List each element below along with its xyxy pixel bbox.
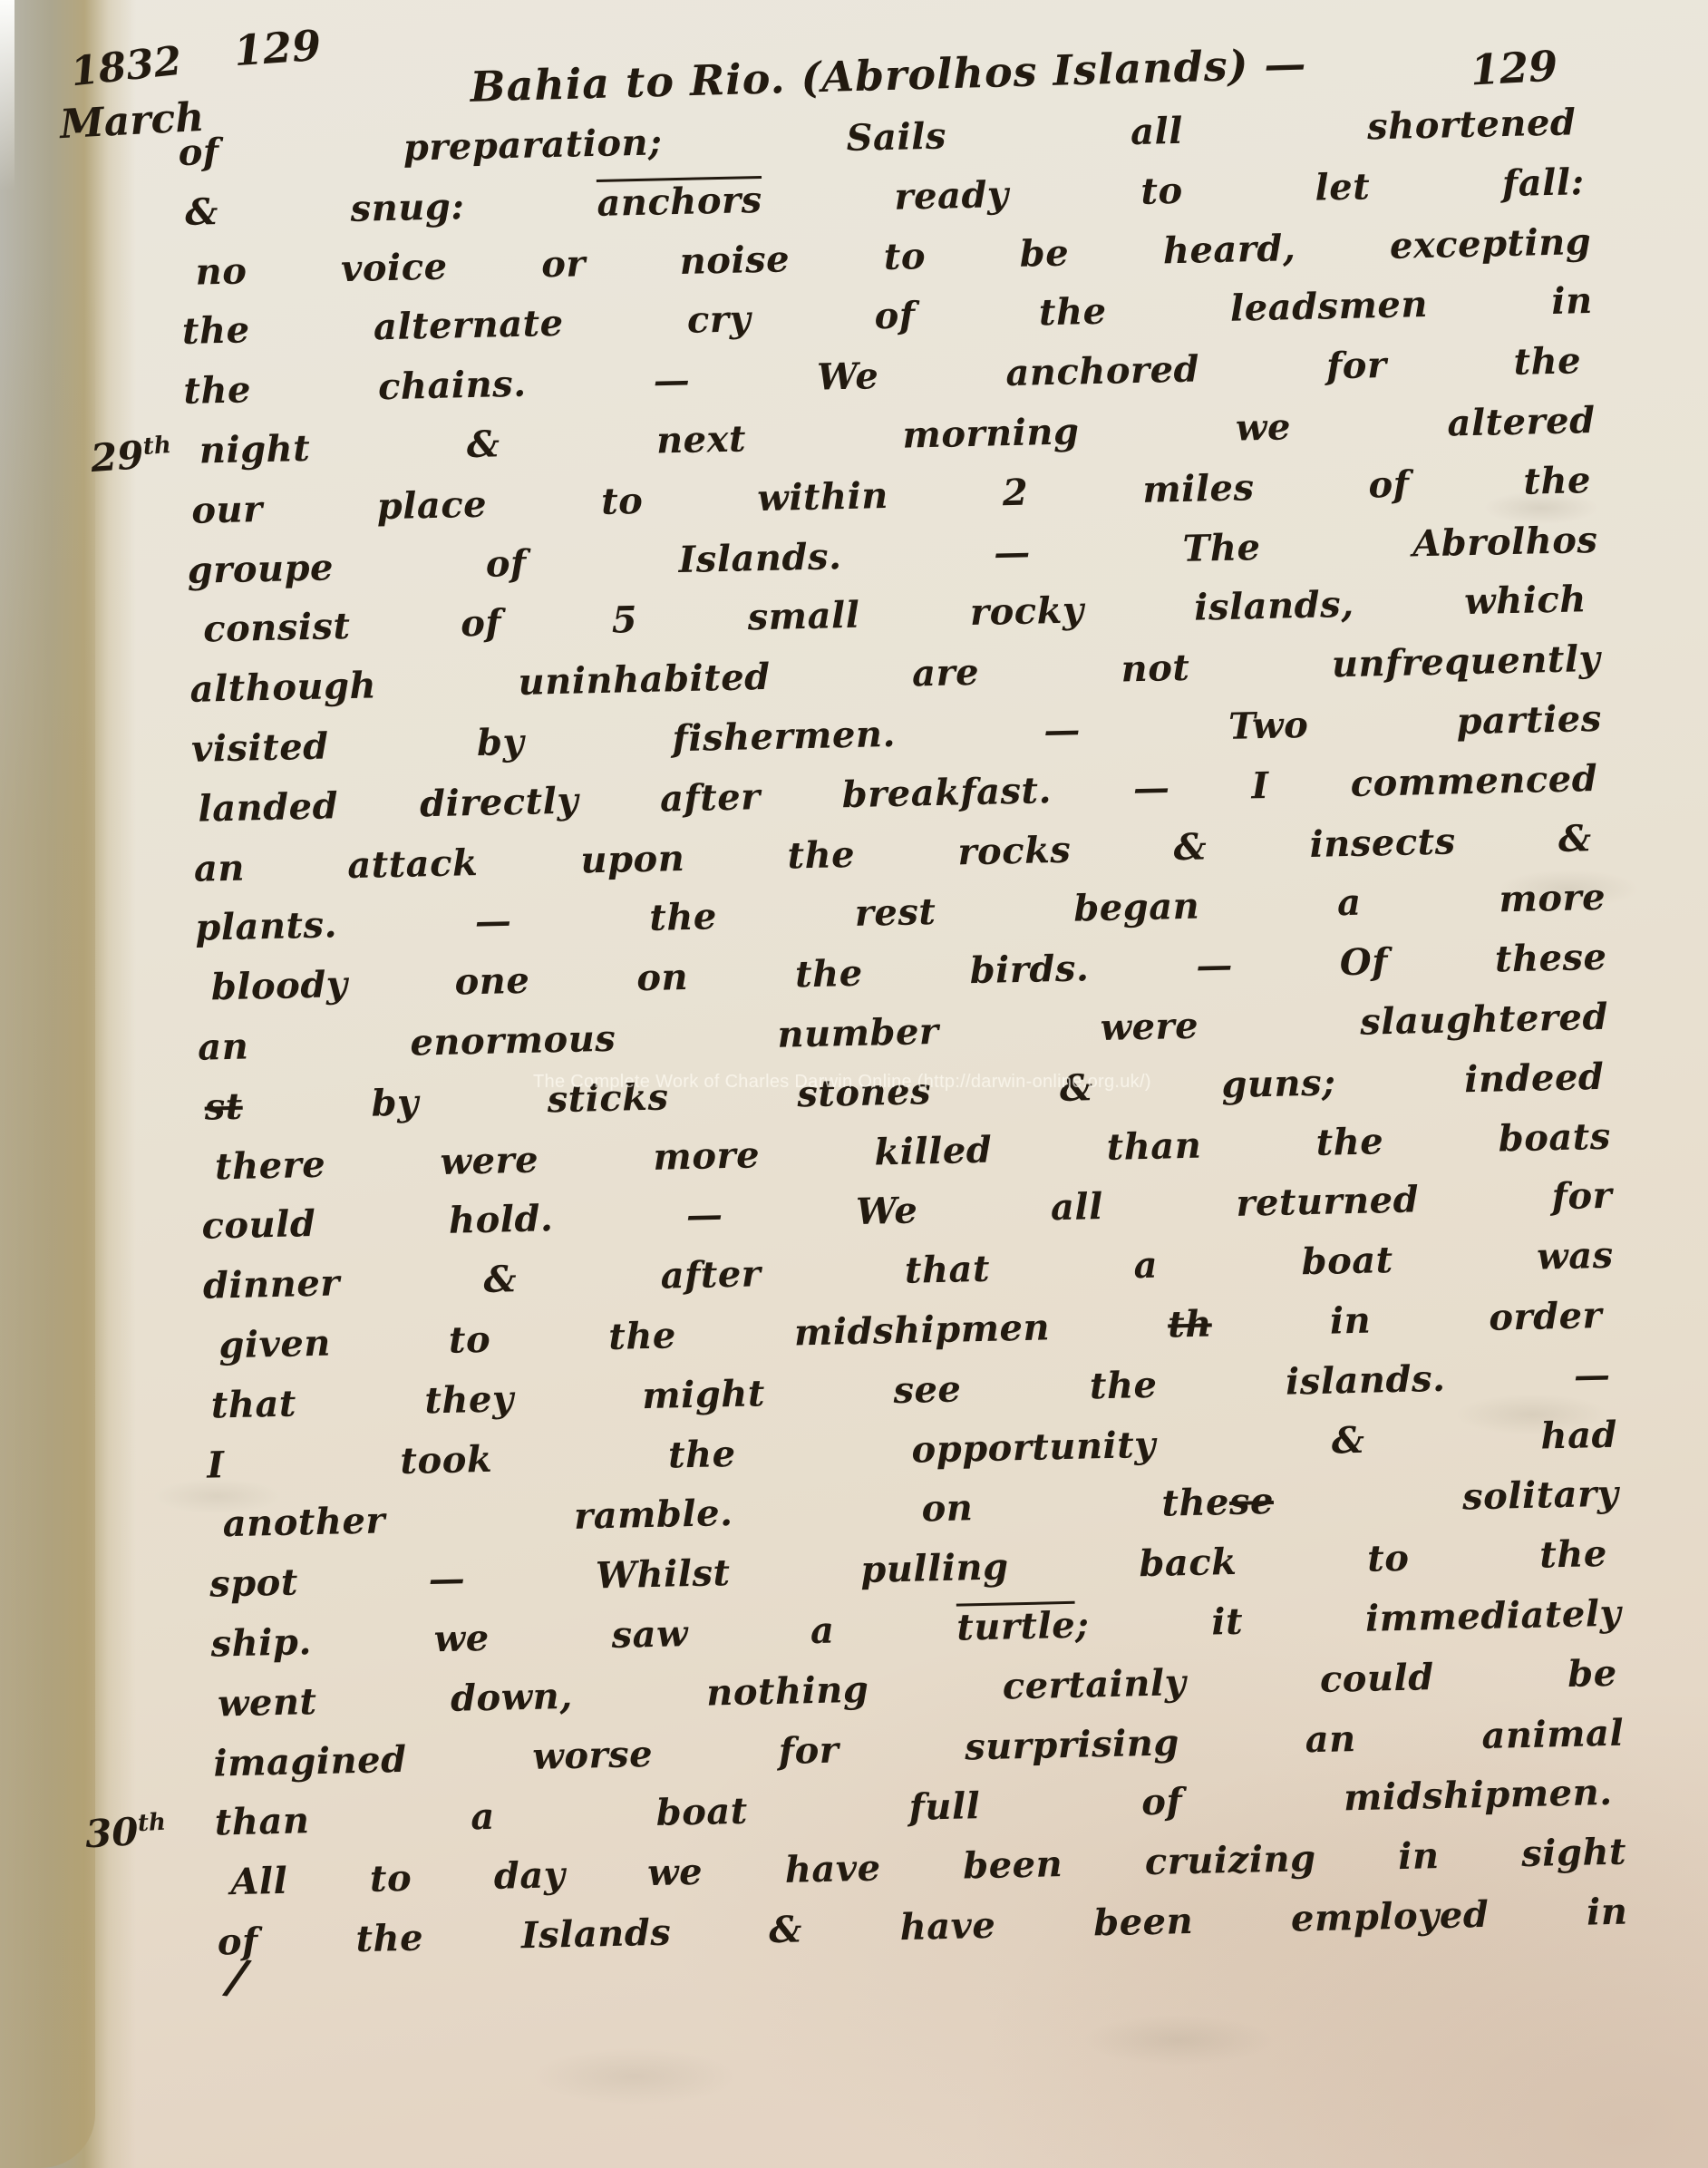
manuscript-segment: ship. we saw a bbox=[210, 1607, 957, 1666]
day-29-ordinal: th bbox=[142, 432, 172, 461]
watermark: The Complete Work of Charles Darwin Onli… bbox=[533, 1072, 1240, 1093]
manuscript-segment-strike: st bbox=[204, 1084, 243, 1128]
manuscript-segment: given to the midshipmen bbox=[218, 1303, 1169, 1366]
manuscript-segment-strike: th bbox=[1168, 1302, 1213, 1346]
manuscript-segment: in order bbox=[1211, 1294, 1602, 1345]
manuscript-segment: solitary bbox=[1273, 1473, 1618, 1522]
manuscript-segment: ; it immediately bbox=[1075, 1592, 1622, 1647]
margin-day-30: 30th bbox=[84, 1808, 168, 1857]
day-30-ordinal: th bbox=[137, 1809, 166, 1838]
diary-page: 129 Bahia to Rio. (Abrolhos Islands) — 1… bbox=[0, 0, 1708, 2168]
day-30-number: 30 bbox=[84, 1809, 140, 1856]
margin-day-29: 29th bbox=[89, 431, 173, 481]
page-number-right: 129 bbox=[1470, 42, 1559, 95]
manuscript-segment-overline: turtle bbox=[956, 1604, 1076, 1649]
manuscript-segment-overline: anchors bbox=[597, 179, 762, 225]
manuscript-segment: & snug: bbox=[185, 182, 597, 234]
page-number-left: 129 bbox=[232, 21, 323, 76]
day-29-number: 29 bbox=[89, 433, 145, 481]
manuscript-segment: ready to let fall: bbox=[762, 160, 1585, 221]
manuscript-segment-strike: se bbox=[1228, 1480, 1274, 1523]
body-lines: of preparation; Sails all shortened& snu… bbox=[178, 92, 1628, 1972]
